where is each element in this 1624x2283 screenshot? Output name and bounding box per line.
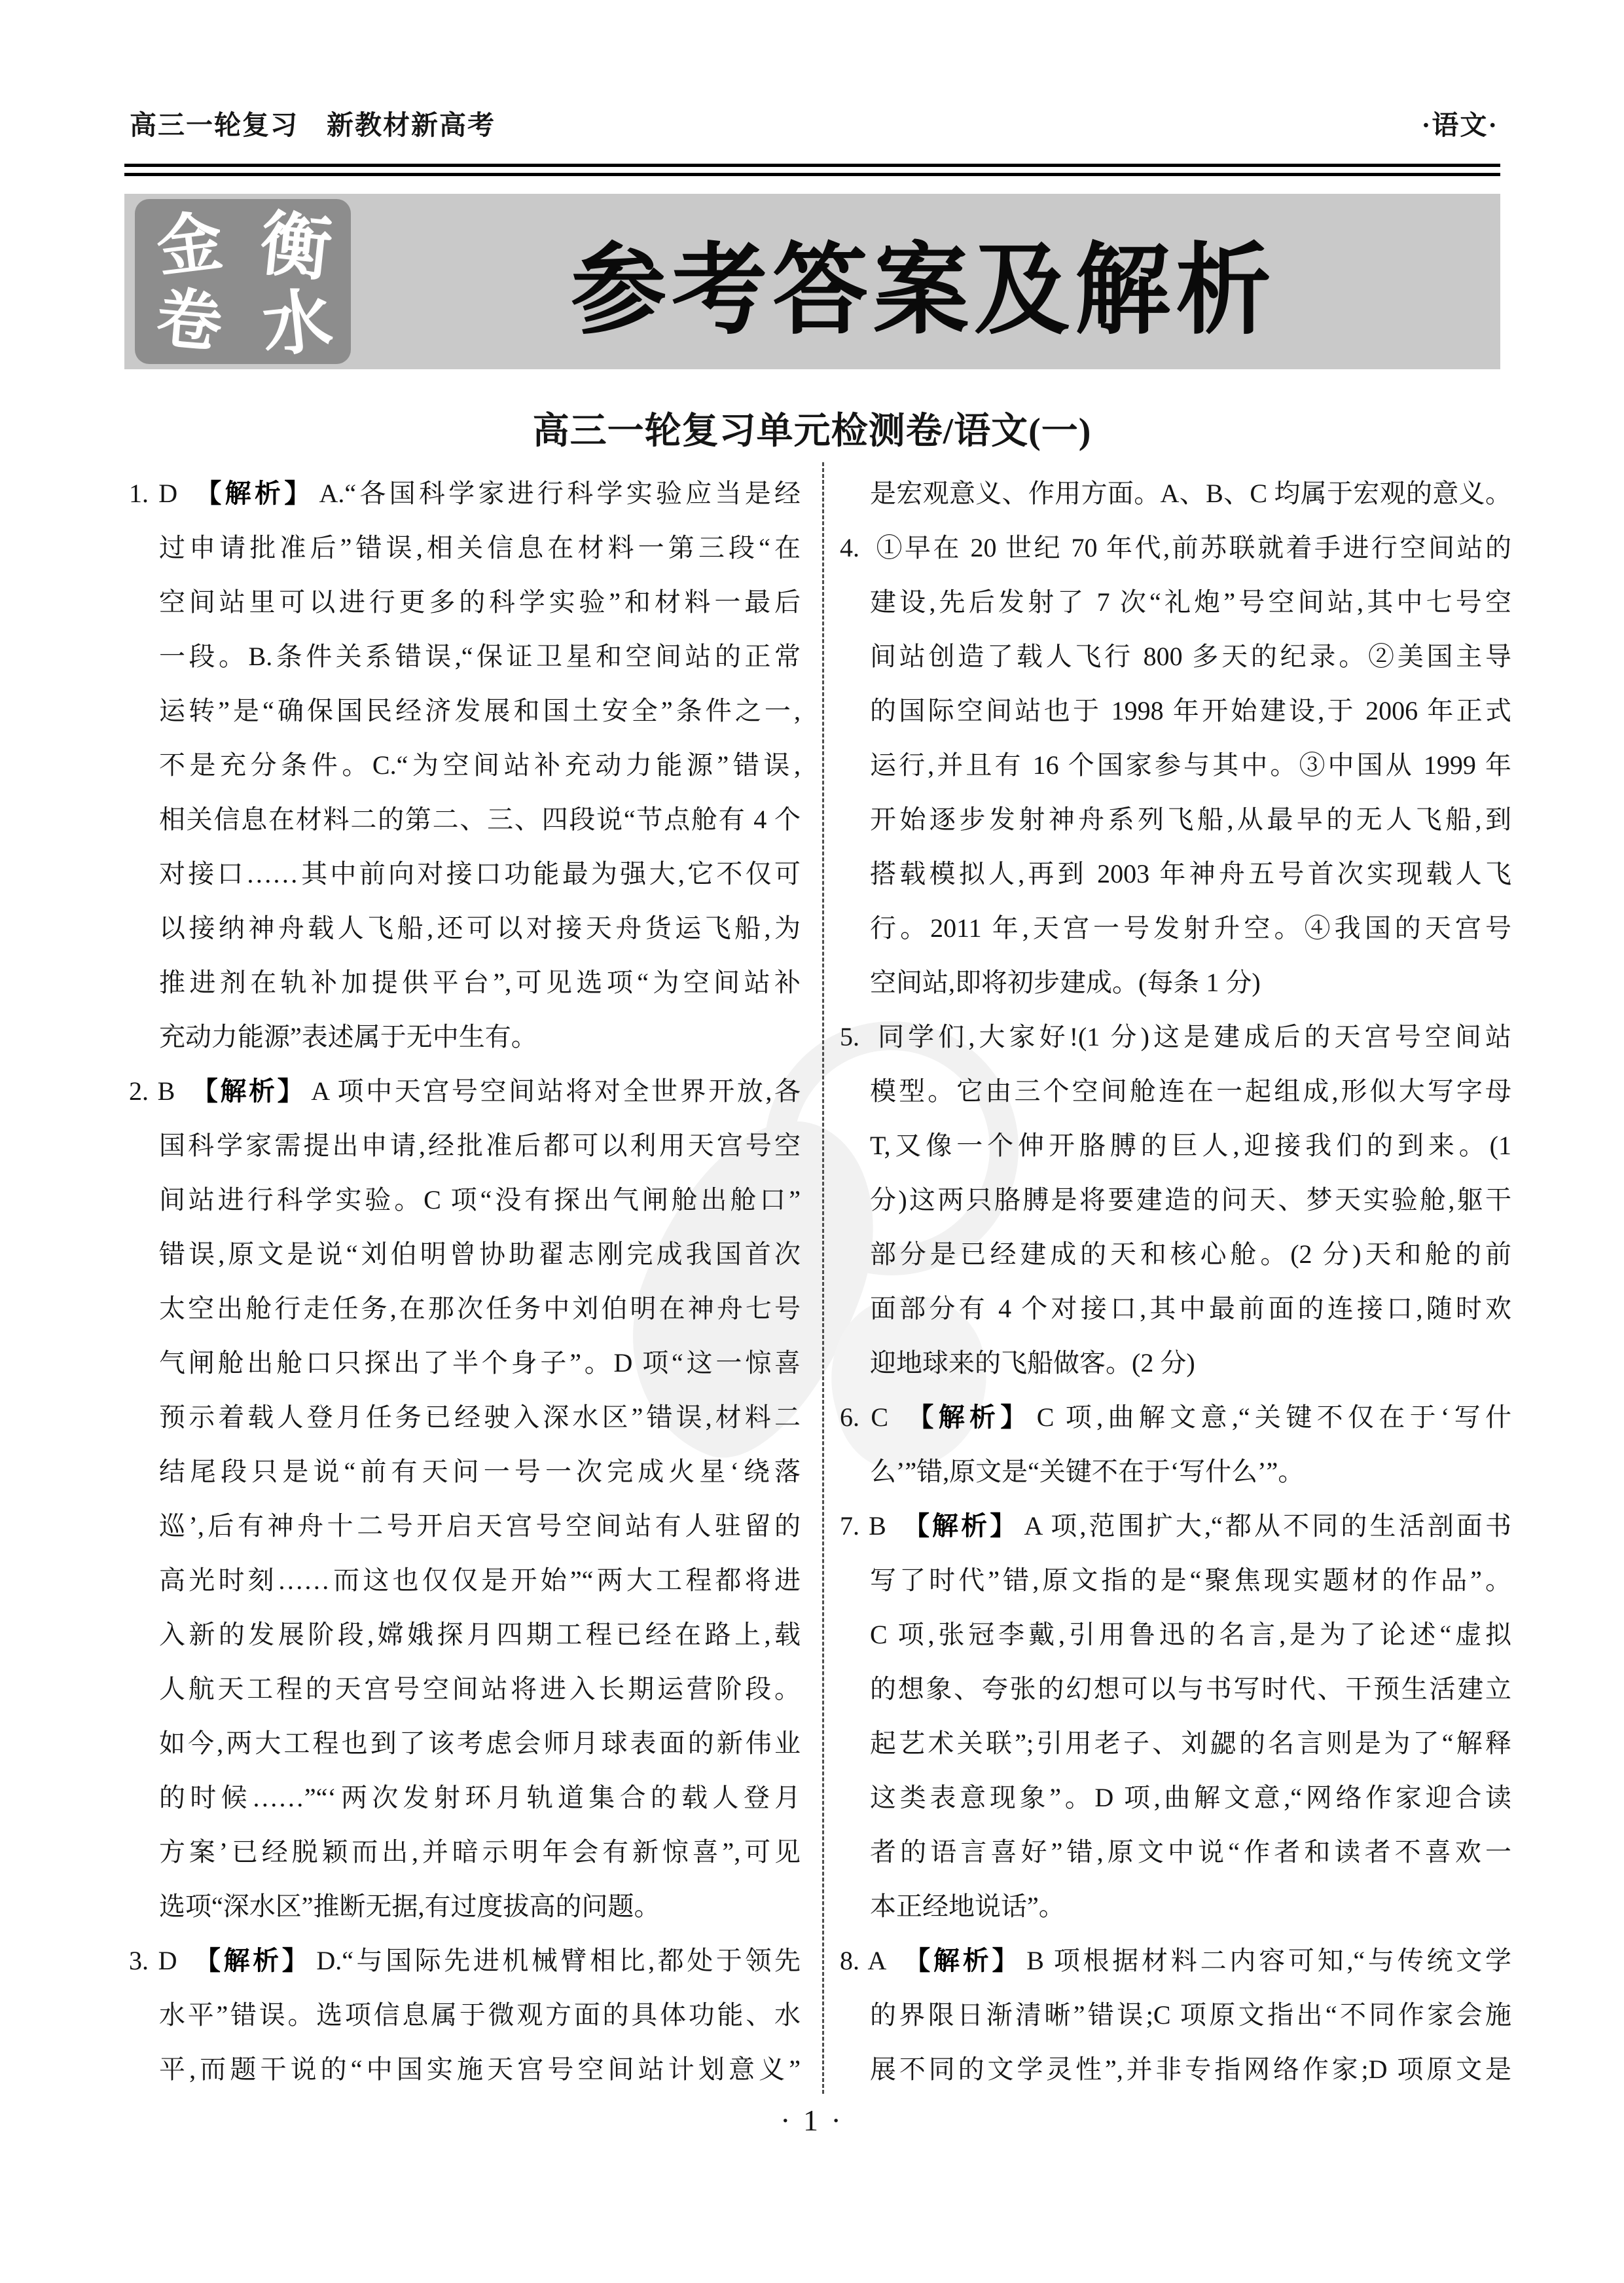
line-text: 空间站里可以进行更多的科学实验”和材料一最后 xyxy=(159,587,801,617)
line-text: 的界限日渐清晰”错误;C 项原文指出“不同作家会施 xyxy=(870,2000,1511,2030)
answer-line: 错误,原文是说“刘伯明曾协助翟志刚完成我国首次 xyxy=(129,1227,801,1281)
line-text: 推进剂在轨补加提供平台”,可见选项“为空间站补 xyxy=(159,968,801,997)
line-text: ①早在 20 世纪 70 年代,前苏联就着手进行空间站的 xyxy=(874,533,1511,562)
seal-character: 卷 xyxy=(153,281,225,359)
seal-character: 水 xyxy=(259,283,335,363)
line-text: 迎地球来的飞船做客。(2 分) xyxy=(870,1348,1195,1378)
line-text: 行。2011 年,天宫一号发射升空。④我国的天宫号 xyxy=(870,913,1511,943)
line-text: 面部分有 4 个对接口,其中最前面的连接口,随时欢 xyxy=(870,1294,1511,1323)
answer-line: 间站进行科学实验。C 项“没有探出气闸舱出舱口” xyxy=(129,1173,801,1227)
line-text: T,又像一个伸开胳膊的巨人,迎接我们的到来。(1 xyxy=(870,1131,1511,1160)
answer-line: 1. D【解析】A.“各国科学家进行科学实验应当是经 xyxy=(129,466,801,521)
line-text: 展不同的文学灵性”,并非专指网络作家;D 项原文是 xyxy=(870,2055,1511,2084)
line-text: 一段。B.条件关系错误,“保证卫星和空间站的正常 xyxy=(159,642,801,671)
line-text: 的时候……”“‘两次发射环月轨道集合的载人登月 xyxy=(159,1783,801,1812)
answer-line: 本正经地说话”。 xyxy=(840,1879,1511,1933)
line-text: C 项,曲解文意,“关键不仅在于‘写什 xyxy=(1037,1402,1511,1432)
answer-line: 空间站,即将初步建成。(每条 1 分) xyxy=(840,955,1511,1010)
answer-line: 2. B【解析】A 项中天宫号空间站将对全世界开放,各 xyxy=(129,1064,801,1118)
answer-line: T,又像一个伸开胳膊的巨人,迎接我们的到来。(1 xyxy=(840,1118,1511,1173)
line-text: 本正经地说话”。 xyxy=(870,1891,1065,1921)
line-text: 模型。它由三个空间舱连在一起组成,形似大写字母 xyxy=(870,1076,1511,1106)
answer-line: 预示着载人登月任务已经驶入深水区”错误,材料二 xyxy=(129,1390,801,1444)
answer-line: 写了时代”错,原文指的是“聚焦现实题材的作品”。 xyxy=(840,1553,1511,1607)
answer-line: 运转”是“确保国民经济发展和国土安全”条件之一, xyxy=(129,684,801,738)
column-divider xyxy=(822,462,824,2094)
line-text: 结尾段只是说“前有天问一号一次完成火星‘绕落 xyxy=(159,1457,801,1486)
answer-line: 分)这两只胳膊是将要建造的问天、梦天实验舱,躯干 xyxy=(840,1173,1511,1227)
seal-character: 金 xyxy=(153,204,226,284)
line-text: 起艺术关联”;引用老子、刘勰的名言则是为了“解释 xyxy=(870,1728,1511,1758)
answer-line: 的想象、夸张的幻想可以与书写时代、干预生活建立 xyxy=(840,1662,1511,1716)
line-text: 间站创造了载人飞行 800 多天的纪录。②美国主导 xyxy=(870,642,1511,671)
answer-line: 起艺术关联”;引用老子、刘勰的名言则是为了“解释 xyxy=(840,1716,1511,1770)
answer-line: 相关信息在材料二的第二、三、四段说“节点舱有 4 个 xyxy=(129,792,801,847)
answers-right-column: 是宏观意义、作用方面。A、B、C 均属于宏观的意义。4.①早在 20 世纪 70… xyxy=(840,466,1511,2096)
banner-title: 参考答案及解析 xyxy=(353,191,1494,373)
header-rule-top xyxy=(124,164,1500,167)
line-text: A.“各国科学家进行科学实验应当是经 xyxy=(319,479,801,508)
line-text: 高光时刻……而这也仅仅是开始”“两大工程都将进 xyxy=(159,1565,801,1595)
analysis-tag: 【解析】 xyxy=(192,479,314,509)
answer-line: 人航天工程的天宫号空间站将进入长期运营阶段。 xyxy=(129,1662,801,1716)
answer-line: 运行,并且有 16 个国家参与其中。③中国从 1999 年 xyxy=(840,738,1511,792)
line-text: 同学们,大家好!(1 分)这是建成后的天宫号空间站 xyxy=(874,1022,1511,1051)
answer-line: 以接纳神舟载人飞船,还可以对接天舟货运飞船,为 xyxy=(129,901,801,955)
answer-line: 对接口……其中前向对接口功能最为强大,它不仅可 xyxy=(129,847,801,901)
line-text: 是宏观意义、作用方面。A、B、C 均属于宏观的意义。 xyxy=(870,479,1511,508)
answer-line: 国科学家需提出申请,经批准后都可以利用天宫号空 xyxy=(129,1118,801,1173)
line-text: 开始逐步发射神舟系列飞船,从最早的无人飞船,到 xyxy=(870,805,1511,834)
answer-line: 一段。B.条件关系错误,“保证卫星和空间站的正常 xyxy=(129,629,801,684)
answer-line: 水平”错误。选项信息属于微观方面的具体功能、水 xyxy=(129,1988,801,2042)
item-number: 1. D xyxy=(129,479,177,508)
line-text: A 项,范围扩大,“都从不同的生活剖面书 xyxy=(1024,1511,1511,1541)
answer-line: 迎地球来的飞船做客。(2 分) xyxy=(840,1336,1511,1390)
answer-line: 气闸舱出舱口只探出了半个身子”。D 项“这一惊喜 xyxy=(129,1336,801,1390)
section-subtitle: 高三一轮复习单元检测卷/语文(一) xyxy=(0,402,1624,454)
line-text: 空间站,即将初步建成。(每条 1 分) xyxy=(870,968,1261,997)
line-text: 过申请批准后”错误,相关信息在材料一第三段“在 xyxy=(159,533,801,562)
answer-line: 面部分有 4 个对接口,其中最前面的连接口,随时欢 xyxy=(840,1281,1511,1336)
header-subject-label: ·语文· xyxy=(1422,103,1498,142)
answer-line: C 项,张冠李戴,引用鲁迅的名言,是为了论述“虚拟 xyxy=(840,1607,1511,1662)
answer-line: 是宏观意义、作用方面。A、B、C 均属于宏观的意义。 xyxy=(840,466,1511,521)
line-text: 平,而题干说的“中国实施天宫号空间站计划意义” xyxy=(159,2055,801,2084)
answer-line: 3. D【解析】D.“与国际先进机械臂相比,都处于领先 xyxy=(129,1933,801,1988)
answer-line: 部分是已经建成的天和核心舱。(2 分)天和舱的前 xyxy=(840,1227,1511,1281)
answer-line: 太空出舱行走任务,在那次任务中刘伯明在神舟七号 xyxy=(129,1281,801,1336)
line-text: 相关信息在材料二的第二、三、四段说“节点舱有 4 个 xyxy=(159,805,801,834)
line-text: 么’”错,原文是“关键不在于‘写什么’”。 xyxy=(870,1457,1304,1486)
answer-line: 结尾段只是说“前有天问一号一次完成火星‘绕落 xyxy=(129,1444,801,1499)
answer-line: 过申请批准后”错误,相关信息在材料一第三段“在 xyxy=(129,521,801,575)
line-text: 错误,原文是说“刘伯明曾协助翟志刚完成我国首次 xyxy=(159,1239,801,1269)
line-text: 的国际空间站也于 1998 年开始建设,于 2006 年正式 xyxy=(870,696,1511,725)
line-text: 对接口……其中前向对接口功能最为强大,它不仅可 xyxy=(159,859,801,888)
answer-line: 方案’已经脱颖而出,并暗示明年会有新惊喜”,可见 xyxy=(129,1825,801,1879)
line-text: 建设,先后发射了 7 次“礼炮”号空间站,其中七号空 xyxy=(870,587,1511,617)
line-text: 太空出舱行走任务,在那次任务中刘伯明在神舟七号 xyxy=(159,1294,801,1323)
answer-line: 充动力能源”表述属于无中生有。 xyxy=(129,1010,801,1064)
analysis-tag: 【解析】 xyxy=(901,1511,1019,1541)
item-number: 4. xyxy=(840,533,859,562)
publisher-seal: 金衡卷水 xyxy=(135,199,351,364)
answer-line: 的时候……”“‘两次发射环月轨道集合的载人登月 xyxy=(129,1770,801,1825)
header-course-label: 高三一轮复习 新教材新高考 xyxy=(130,103,496,142)
line-text: 巡’,后有神舟十二号开启天宫号空间站有人驻留的 xyxy=(159,1511,801,1541)
line-text: 选项“深水区”推断无据,有过度拔高的问题。 xyxy=(159,1891,660,1921)
answer-line: 建设,先后发射了 7 次“礼炮”号空间站,其中七号空 xyxy=(840,575,1511,629)
item-number: 2. B xyxy=(129,1076,175,1106)
page-number: · 1 · xyxy=(0,2103,1624,2138)
line-text: 间站进行科学实验。C 项“没有探出气闸舱出舱口” xyxy=(159,1185,801,1215)
line-text: 不是充分条件。C.“为空间站补充动力能源”错误, xyxy=(159,750,801,780)
answer-line: 的界限日渐清晰”错误;C 项原文指出“不同作家会施 xyxy=(840,1988,1511,2042)
item-number: 6. C xyxy=(840,1402,888,1432)
answer-line: 搭载模拟人,再到 2003 年神舟五号首次实现载人飞 xyxy=(840,847,1511,901)
answer-line: 的国际空间站也于 1998 年开始建设,于 2006 年正式 xyxy=(840,684,1511,738)
header-rule-bottom xyxy=(124,173,1500,176)
analysis-tag: 【解析】 xyxy=(191,1946,311,1976)
answer-line: 行。2011 年,天宫一号发射升空。④我国的天宫号 xyxy=(840,901,1511,955)
analysis-tag: 【解析】 xyxy=(903,1402,1032,1433)
answer-line: 入新的发展阶段,嫦娥探月四期工程已经在路上,载 xyxy=(129,1607,801,1662)
line-text: 如今,两大工程也到了该考虑会师月球表面的新伟业 xyxy=(159,1728,801,1758)
line-text: 方案’已经脱颖而出,并暗示明年会有新惊喜”,可见 xyxy=(159,1837,801,1867)
line-text: 运行,并且有 16 个国家参与其中。③中国从 1999 年 xyxy=(870,750,1511,780)
answer-line: 么’”错,原文是“关键不在于‘写什么’”。 xyxy=(840,1444,1511,1499)
answer-line: 5.同学们,大家好!(1 分)这是建成后的天宫号空间站 xyxy=(840,1010,1511,1064)
line-text: 人航天工程的天宫号空间站将进入长期运营阶段。 xyxy=(159,1674,801,1704)
line-text: 的想象、夸张的幻想可以与书写时代、干预生活建立 xyxy=(870,1674,1511,1704)
analysis-tag: 【解析】 xyxy=(901,1946,1021,1976)
answer-line: 巡’,后有神舟十二号开启天宫号空间站有人驻留的 xyxy=(129,1499,801,1553)
line-text: A 项中天宫号空间站将对全世界开放,各 xyxy=(311,1076,801,1106)
answer-line: 间站创造了载人飞行 800 多天的纪录。②美国主导 xyxy=(840,629,1511,684)
item-number: 7. B xyxy=(840,1511,886,1541)
answer-line: 展不同的文学灵性”,并非专指网络作家;D 项原文是 xyxy=(840,2042,1511,2096)
line-text: 气闸舱出舱口只探出了半个身子”。D 项“这一惊喜 xyxy=(159,1348,801,1378)
answer-line: 不是充分条件。C.“为空间站补充动力能源”错误, xyxy=(129,738,801,792)
answer-line: 者的语言喜好”错,原文中说“作者和读者不喜欢一 xyxy=(840,1825,1511,1879)
line-text: 预示着载人登月任务已经驶入深水区”错误,材料二 xyxy=(159,1402,801,1432)
line-text: 水平”错误。选项信息属于微观方面的具体功能、水 xyxy=(159,2000,801,2030)
line-text: 部分是已经建成的天和核心舱。(2 分)天和舱的前 xyxy=(870,1239,1511,1269)
answer-line: 8. A【解析】B 项根据材料二内容可知,“与传统文学 xyxy=(840,1933,1511,1988)
answer-line: 开始逐步发射神舟系列飞船,从最早的无人飞船,到 xyxy=(840,792,1511,847)
line-text: 这类表意现象”。D 项,曲解文意,“网络作家迎合读 xyxy=(870,1783,1511,1812)
line-text: 充动力能源”表述属于无中生有。 xyxy=(159,1022,537,1051)
line-text: B 项根据材料二内容可知,“与传统文学 xyxy=(1026,1946,1511,1975)
item-number: 8. A xyxy=(840,1946,886,1975)
answer-line: 如今,两大工程也到了该考虑会师月球表面的新伟业 xyxy=(129,1716,801,1770)
analysis-tag: 【解析】 xyxy=(189,1076,306,1106)
line-text: C 项,张冠李戴,引用鲁迅的名言,是为了论述“虚拟 xyxy=(870,1620,1511,1649)
line-text: D.“与国际先进机械臂相比,都处于领先 xyxy=(316,1946,801,1975)
answers-banner: 金衡卷水 参考答案及解析 xyxy=(124,194,1500,369)
answers-left-column: 1. D【解析】A.“各国科学家进行科学实验应当是经过申请批准后”错误,相关信息… xyxy=(129,466,801,2096)
answer-line: 平,而题干说的“中国实施天宫号空间站计划意义” xyxy=(129,2042,801,2096)
seal-character: 衡 xyxy=(257,207,335,287)
line-text: 写了时代”错,原文指的是“聚焦现实题材的作品”。 xyxy=(870,1565,1511,1595)
item-number: 5. xyxy=(840,1022,859,1051)
answer-line: 7. B【解析】A 项,范围扩大,“都从不同的生活剖面书 xyxy=(840,1499,1511,1553)
line-text: 以接纳神舟载人飞船,还可以对接天舟货运飞船,为 xyxy=(159,913,801,943)
line-text: 国科学家需提出申请,经批准后都可以利用天宫号空 xyxy=(159,1131,801,1160)
line-text: 搭载模拟人,再到 2003 年神舟五号首次实现载人飞 xyxy=(870,859,1511,888)
answer-line: 这类表意现象”。D 项,曲解文意,“网络作家迎合读 xyxy=(840,1770,1511,1825)
line-text: 运转”是“确保国民经济发展和国土安全”条件之一, xyxy=(159,696,801,725)
line-text: 入新的发展阶段,嫦娥探月四期工程已经在路上,载 xyxy=(159,1620,801,1649)
answer-line: 选项“深水区”推断无据,有过度拔高的问题。 xyxy=(129,1879,801,1933)
answer-line: 推进剂在轨补加提供平台”,可见选项“为空间站补 xyxy=(129,955,801,1010)
answer-line: 高光时刻……而这也仅仅是开始”“两大工程都将进 xyxy=(129,1553,801,1607)
answer-line: 4.①早在 20 世纪 70 年代,前苏联就着手进行空间站的 xyxy=(840,521,1511,575)
answer-line: 模型。它由三个空间舱连在一起组成,形似大写字母 xyxy=(840,1064,1511,1118)
line-text: 者的语言喜好”错,原文中说“作者和读者不喜欢一 xyxy=(870,1837,1511,1867)
answer-line: 空间站里可以进行更多的科学实验”和材料一最后 xyxy=(129,575,801,629)
item-number: 3. D xyxy=(129,1946,177,1975)
line-text: 分)这两只胳膊是将要建造的问天、梦天实验舱,躯干 xyxy=(870,1185,1511,1215)
answer-line: 6. C【解析】C 项,曲解文意,“关键不仅在于‘写什 xyxy=(840,1390,1511,1444)
